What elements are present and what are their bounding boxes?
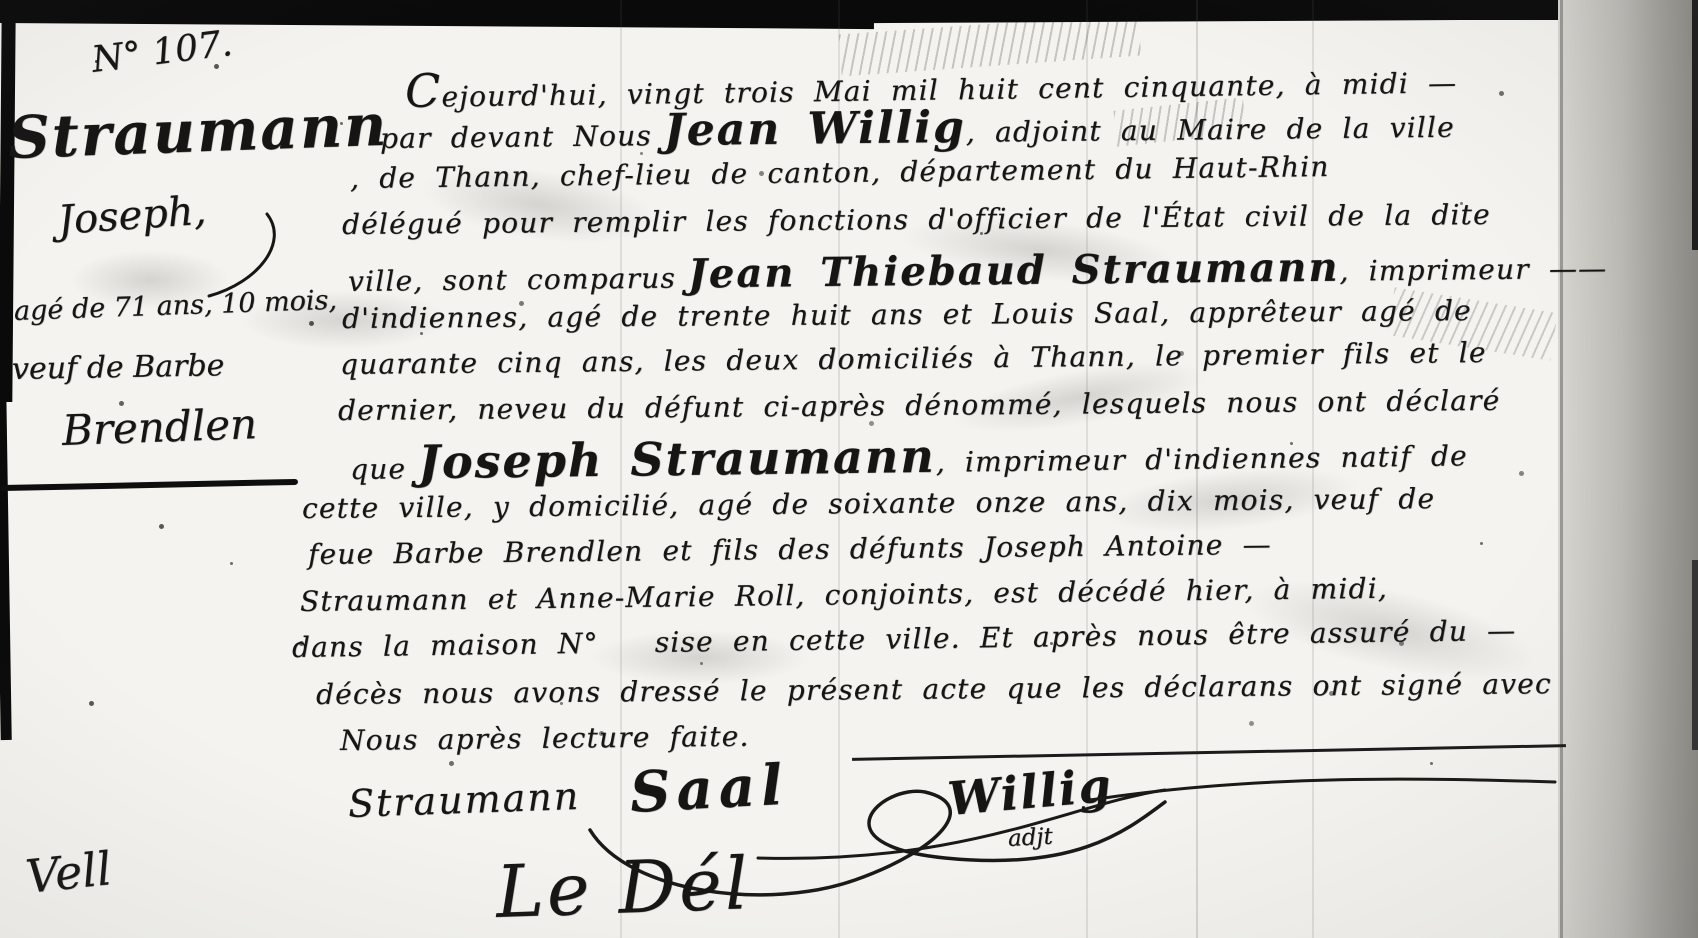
margin-given-name: Joseph, (56, 188, 207, 244)
deceased-name: Joseph Straumann (418, 429, 936, 489)
officiant-name: Jean Willig (664, 102, 966, 156)
margin-surname: Straumann (7, 91, 389, 172)
scan-border-left-lower (0, 390, 12, 740)
bottom-fragment-le-delegue: Le Dél (495, 841, 752, 934)
body-text: quarante cinq ans, les deux domiciliés à… (340, 336, 1487, 381)
page-edge-right (1558, 0, 1698, 938)
signature-straumann: Straumann (347, 774, 581, 826)
body-text: Nous après lecture faite. (340, 720, 750, 757)
body-text: décès nous avons dressé le présent acte … (316, 667, 1552, 711)
house-number-blank (599, 652, 655, 653)
body-line-14: décès nous avons dressé le présent acte … (316, 667, 1552, 711)
body-text: , imprimeur d'indiennes natif de (936, 439, 1468, 478)
body-line-11: feue Barbe Brendlen et fils des défunts … (308, 528, 1272, 571)
scanned-death-record-page: N° 107. Straumann Joseph, agé de 71 ans,… (0, 0, 1698, 938)
body-text: dans la maison N° (292, 627, 599, 664)
scan-border-left-upper (0, 12, 16, 402)
margin-widower-line2: Brendlen (61, 399, 258, 455)
body-text: , imprimeur —— (1339, 252, 1607, 288)
margin-widower-line1: veuf de Barbe (12, 348, 225, 387)
body-text: que (350, 452, 407, 486)
willig-signature-flourish (740, 738, 1570, 868)
margin-divider-line (0, 479, 298, 491)
body-text: dernier, neveu du défunt ci-après dénomm… (338, 384, 1501, 427)
body-text: , adjoint au Maire de la ville (966, 111, 1455, 149)
body-text: Straumann et Anne-Marie Roll, conjoints,… (300, 572, 1388, 618)
margin-flourish (195, 200, 335, 310)
body-line-7: quarante cinq ans, les deux domiciliés à… (340, 336, 1487, 381)
body-text: d'indiennes, agé de trente huit ans et L… (342, 294, 1472, 335)
body-line-6: d'indiennes, agé de trente huit ans et L… (342, 294, 1472, 335)
body-line-15: Nous après lecture faite. (340, 720, 750, 757)
next-entry-fragment-left: Vell (23, 841, 114, 904)
scan-border-right-top (1692, 0, 1698, 250)
body-line-8: dernier, neveu du défunt ci-après dénomm… (338, 384, 1501, 427)
margin-record-number: N° 107. (90, 23, 235, 81)
scan-border-right-mid (1692, 560, 1698, 750)
body-text: par devant Nous (380, 119, 652, 155)
body-text: ville, sont comparus (348, 262, 676, 298)
body-line-12: Straumann et Anne-Marie Roll, conjoints,… (300, 572, 1388, 618)
declarant1-name: Jean Thiebaud Straumann (688, 244, 1340, 298)
body-text: feue Barbe Brendlen et fils des défunts … (308, 528, 1272, 571)
